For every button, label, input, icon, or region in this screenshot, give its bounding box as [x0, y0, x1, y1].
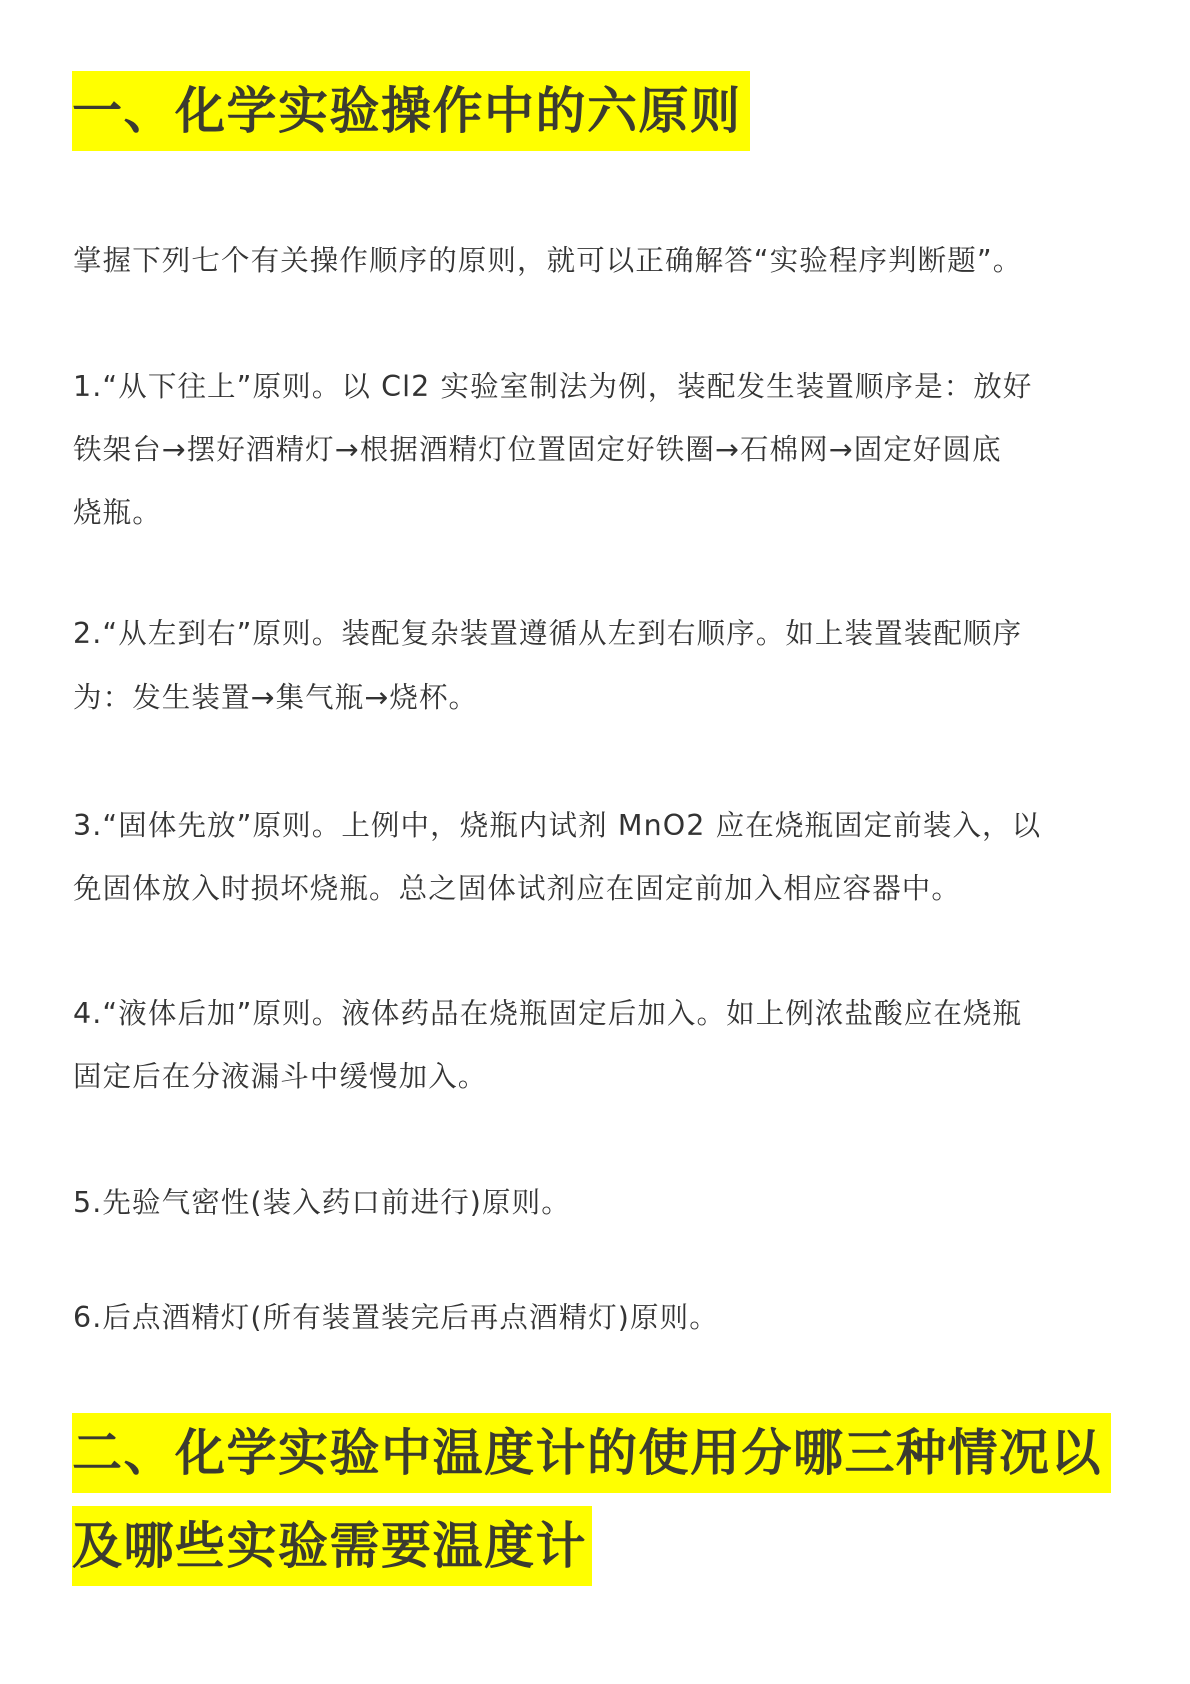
principle-4-line-1: 4.“液体后加”原则。液体药品在烧瓶固定后加入。如上例浓盐酸应在烧瓶 — [73, 994, 1022, 1034]
principle-1-line-2: 铁架台→摆好酒精灯→根据酒精灯位置固定好铁圈→石棉网→固定好圆底 — [73, 430, 1002, 470]
principle-3-line-1: 3.“固体先放”原则。上例中，烧瓶内试剂 MnO2 应在烧瓶固定前装入，以 — [73, 806, 1041, 846]
section-2-heading-line-2: 及哪些实验需要温度计 — [72, 1506, 592, 1586]
principle-2-line-2: 为：发生装置→集气瓶→烧杯。 — [73, 678, 478, 718]
principle-5: 5.先验气密性(装入药口前进行)原则。 — [73, 1183, 571, 1223]
section-2-heading-line-1: 二、化学实验中温度计的使用分哪三种情况以 — [72, 1413, 1111, 1493]
intro-paragraph: 掌握下列七个有关操作顺序的原则，就可以正确解答“实验程序判断题”。 — [73, 241, 1022, 281]
principle-6: 6.后点酒精灯(所有装置装完后再点酒精灯)原则。 — [73, 1298, 719, 1338]
principle-1-line-3: 烧瓶。 — [73, 493, 162, 533]
section-1-heading: 一、化学实验操作中的六原则 — [72, 71, 750, 151]
principle-2-line-1: 2.“从左到右”原则。装配复杂装置遵循从左到右顺序。如上装置装配顺序 — [73, 614, 1022, 654]
principle-4-line-2: 固定后在分液漏斗中缓慢加入。 — [73, 1057, 487, 1097]
document-page: 一、化学实验操作中的六原则 掌握下列七个有关操作顺序的原则，就可以正确解答“实验… — [0, 0, 1190, 1684]
principle-1-line-1: 1.“从下往上”原则。以 Cl2 实验室制法为例，装配发生装置顺序是：放好 — [73, 367, 1033, 407]
principle-3-line-2: 免固体放入时损坏烧瓶。总之固体试剂应在固定前加入相应容器中。 — [73, 869, 961, 909]
